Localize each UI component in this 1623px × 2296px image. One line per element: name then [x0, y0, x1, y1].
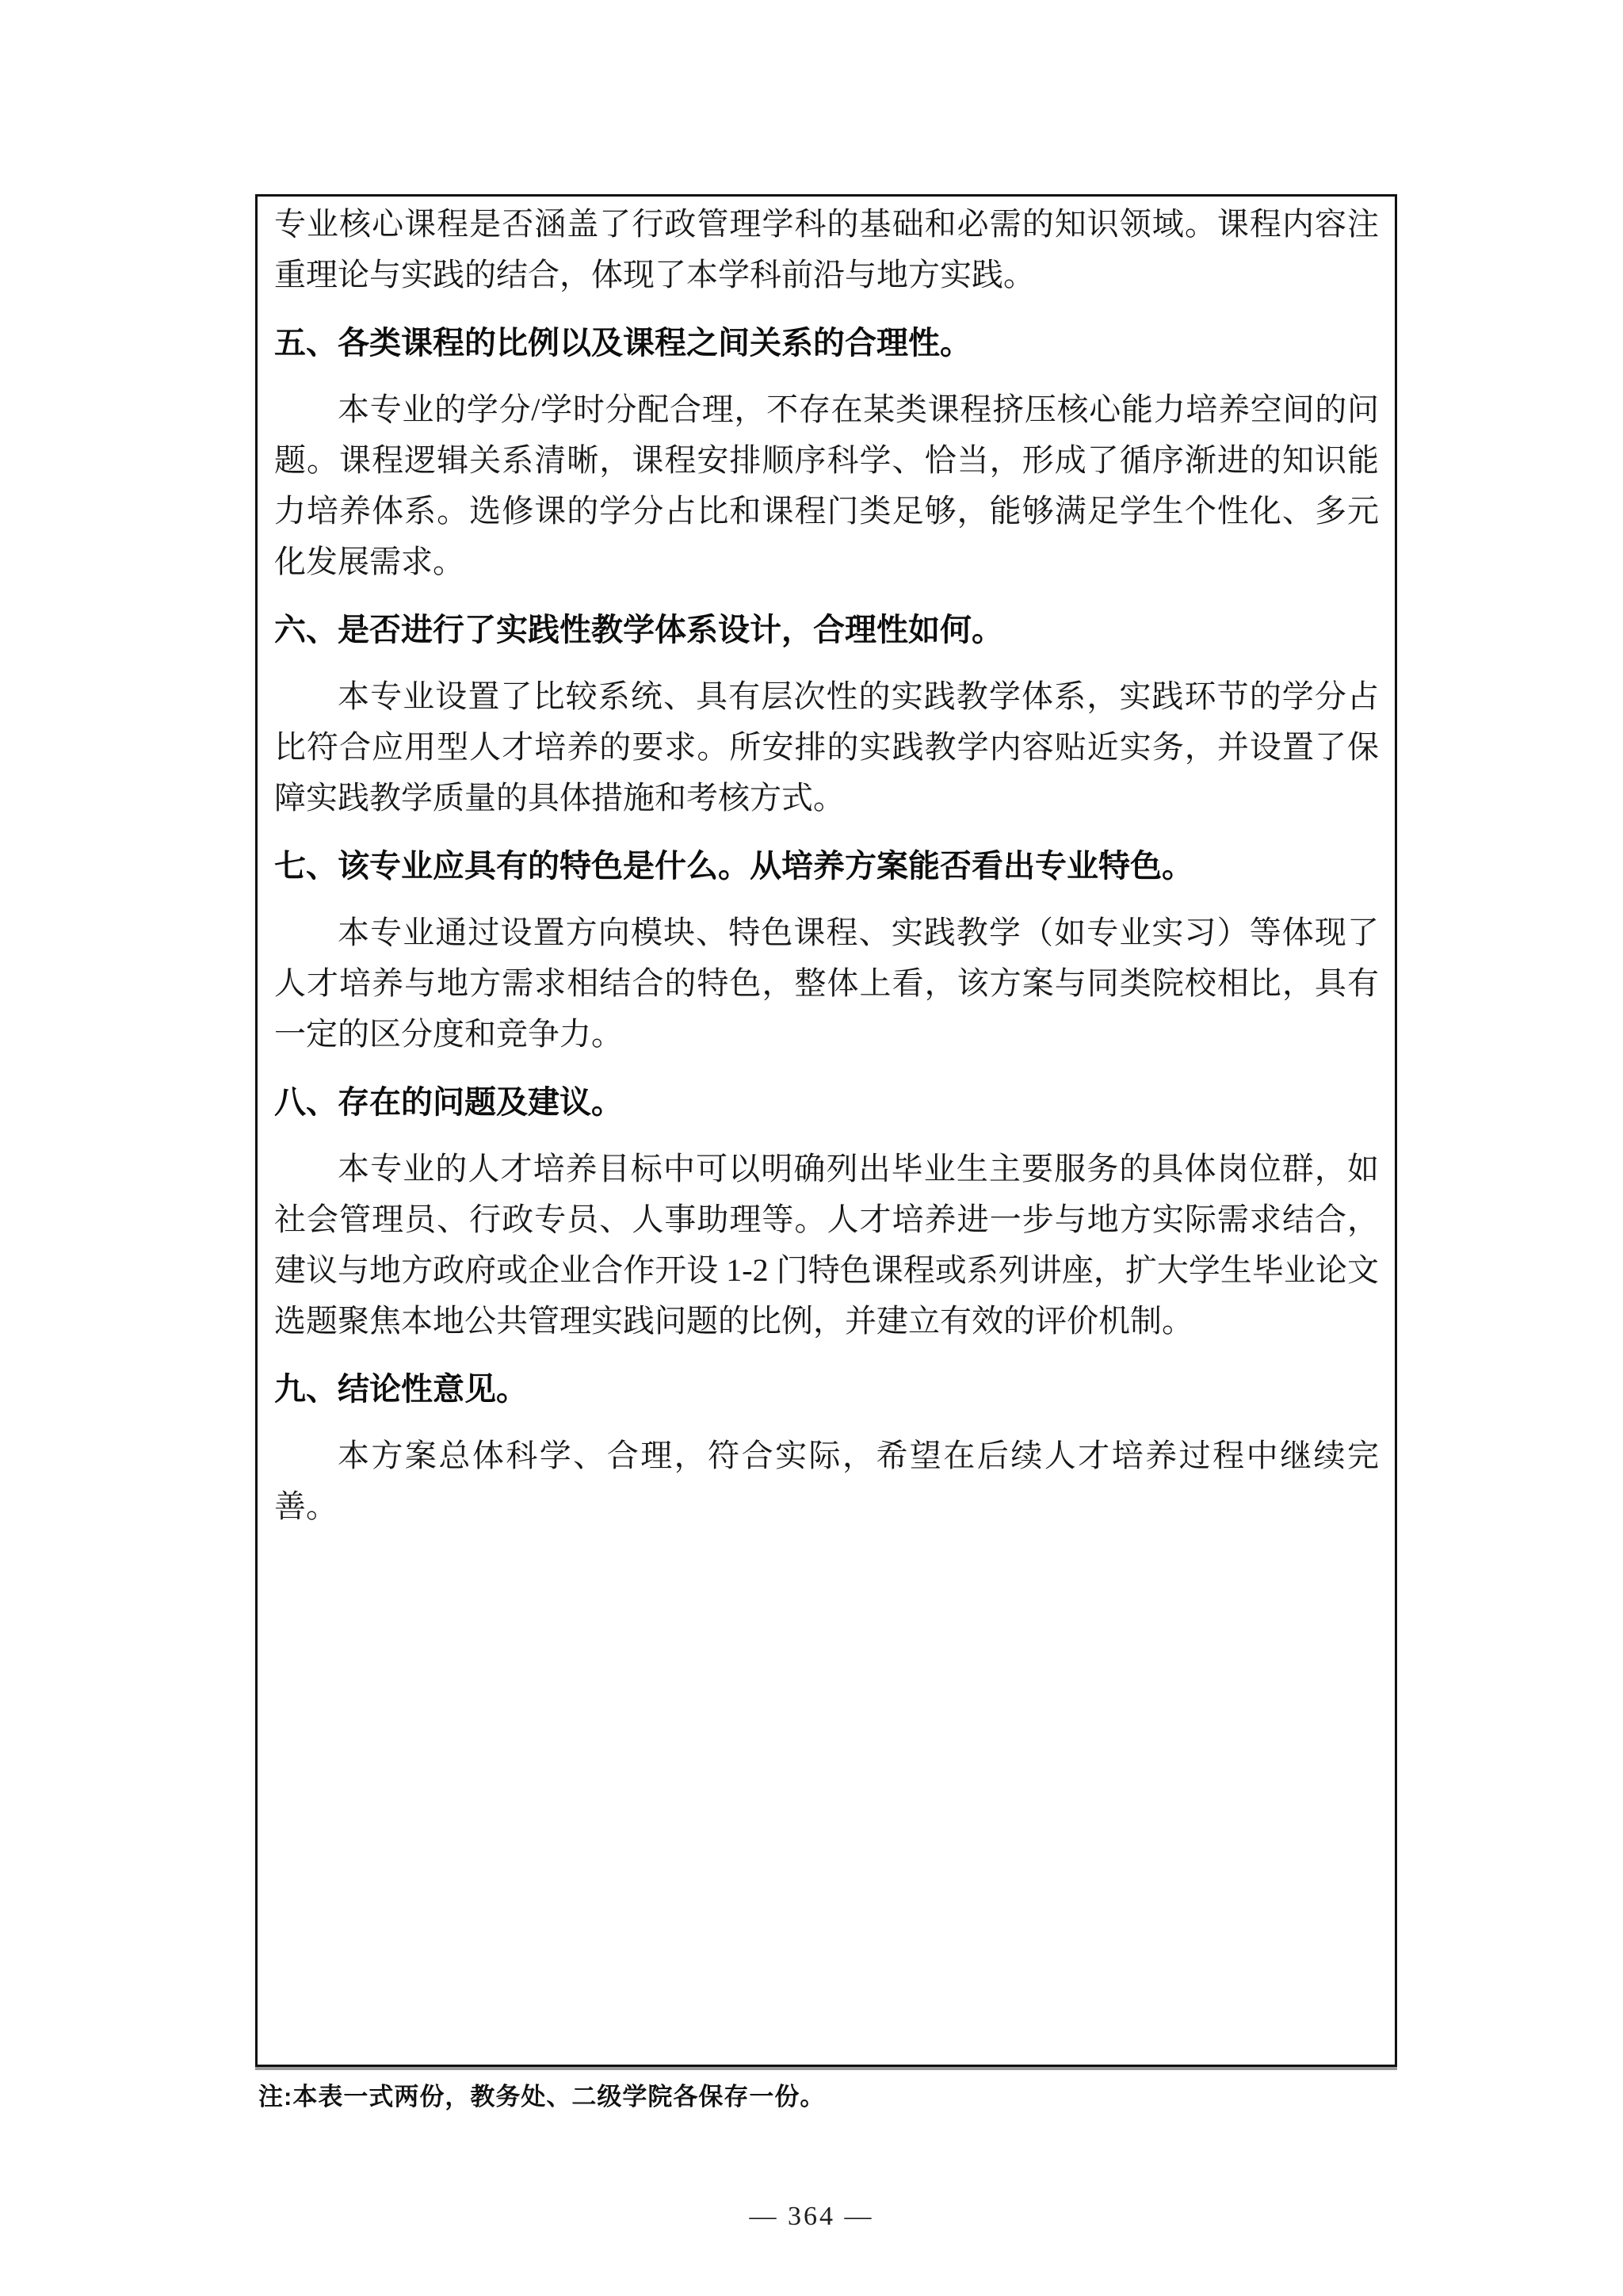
section-9-heading: 九、结论性意见。	[274, 1364, 1379, 1415]
continuation-paragraph: 专业核心课程是否涵盖了行政管理学科的基础和必需的知识领域。课程内容注重理论与实践…	[274, 199, 1379, 300]
form-content-cell: 专业核心课程是否涵盖了行政管理学科的基础和必需的知识领域。课程内容注重理论与实践…	[255, 194, 1397, 2067]
page-number: — 364 —	[0, 2202, 1623, 2232]
section-6-heading: 六、是否进行了实践性教学体系设计，合理性如何。	[274, 605, 1379, 655]
document-page: 专业核心课程是否涵盖了行政管理学科的基础和必需的知识领域。课程内容注重理论与实践…	[0, 0, 1623, 2296]
section-5-heading: 五、各类课程的比例以及课程之间关系的合理性。	[274, 318, 1379, 369]
section-7-heading: 七、该专业应具有的特色是什么。从培养方案能否看出专业特色。	[274, 841, 1379, 892]
section-5-body: 本专业的学分/学时分配合理，不存在某类课程挤压核心能力培养空间的问题。课程逻辑关…	[274, 384, 1379, 587]
section-9-body: 本方案总体科学、合理，符合实际，希望在后续人才培养过程中继续完善。	[274, 1431, 1379, 1532]
section-8-heading: 八、存在的问题及建议。	[274, 1077, 1379, 1128]
footnote: 注:本表一式两份，教务处、二级学院各保存一份。	[258, 2076, 825, 2112]
section-6-body: 本专业设置了比较系统、具有层次性的实践教学体系，实践环节的学分占比符合应用型人才…	[274, 671, 1379, 823]
section-7-body: 本专业通过设置方向模块、特色课程、实践教学（如专业实习）等体现了人才培养与地方需…	[274, 907, 1379, 1060]
section-8-body: 本专业的人才培养目标中可以明确列出毕业生主要服务的具体岗位群，如社会管理员、行政…	[274, 1144, 1379, 1347]
